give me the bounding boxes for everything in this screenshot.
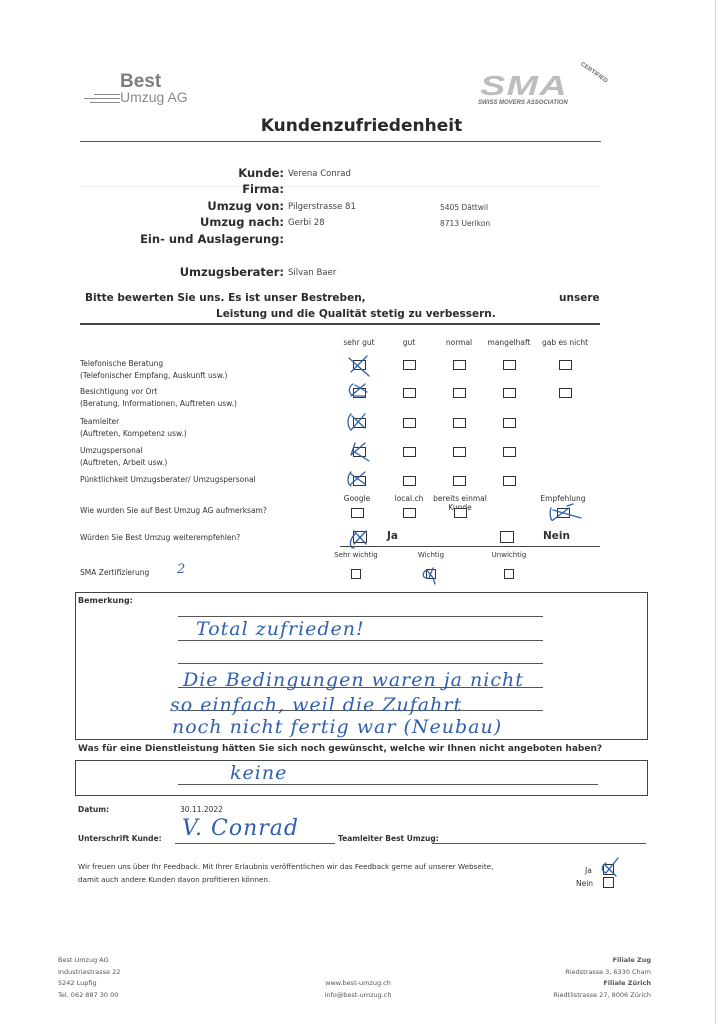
rating-row-title: Teamleiter — [80, 416, 187, 428]
rating-checkbox[interactable] — [503, 360, 516, 370]
rating-checkbox[interactable] — [403, 418, 416, 428]
remark-handwritten-4: noch nicht fertig war (Neubau) — [172, 716, 502, 738]
recommend-question: Würden Sie Best Umzug weiterempfehlen? — [80, 532, 240, 544]
intro-line1-right: unsere — [559, 292, 600, 304]
rating-row-label: Besichtigung vor Ort(Beratung, Informati… — [80, 386, 237, 410]
intro-line1: Bitte bewerten Sie uns. Es ist unser Bes… — [85, 292, 366, 304]
sma-option-label: Unwichtig — [474, 551, 544, 559]
rating-checkbox[interactable] — [503, 388, 516, 398]
rating-checkbox[interactable] — [353, 360, 366, 370]
sma-certified-badge: CERTIFIED — [579, 61, 608, 84]
sma-checkbox[interactable] — [426, 569, 436, 579]
remarks-line — [178, 663, 543, 664]
datum-value[interactable]: 30.11.2022 — [180, 805, 223, 814]
page-title: Kundenzufriedenheit — [0, 116, 723, 136]
footer-zug-address: Riedstrasse 3, 6330 Cham — [500, 967, 651, 979]
rating-checkbox[interactable] — [353, 418, 366, 428]
teamleiter-line — [432, 843, 646, 844]
sma-checkbox[interactable] — [504, 569, 514, 579]
sma-option-label: Wichtig — [396, 551, 466, 559]
signature-line — [175, 843, 335, 844]
rating-checkbox[interactable] — [353, 447, 366, 457]
publish-text-1: Wir freuen uns über Ihr Feedback. Mit Ih… — [78, 862, 493, 871]
remarks-line — [178, 640, 543, 641]
source-option-label: Empfehlung — [528, 494, 598, 503]
umzug-nach-street[interactable]: Gerbi 28 — [288, 218, 325, 228]
kunde-label: Kunde: — [74, 166, 284, 180]
rating-checkbox[interactable] — [559, 388, 572, 398]
remarks-line — [178, 616, 543, 617]
rating-checkbox[interactable] — [453, 360, 466, 370]
sma-logo: SMA SWISS MOVERS ASSOCIATION CERTIFIED — [476, 70, 616, 110]
rating-checkbox[interactable] — [403, 360, 416, 370]
footer-company-name: Best Umzug AG — [58, 955, 120, 967]
rating-checkbox[interactable] — [403, 447, 416, 457]
rating-checkbox[interactable] — [453, 447, 466, 457]
datum-label: Datum: — [78, 805, 109, 814]
sma-checkbox[interactable] — [351, 569, 361, 579]
publish-no-checkbox[interactable] — [603, 877, 614, 888]
sma-label: SMA Zertifizierung — [80, 567, 149, 579]
footer-contact: www.best-umzug.ch info@best-umzug.ch — [318, 978, 398, 1001]
rating-checkbox[interactable] — [353, 476, 366, 486]
wish-handwritten-answer: keine — [230, 762, 287, 784]
recommend-no-checkbox[interactable] — [500, 531, 514, 543]
title-divider — [80, 141, 601, 142]
rating-column-header: gab es nicht — [530, 338, 600, 347]
rating-row-title: Telefonische Beratung — [80, 358, 227, 370]
wish-question: Was für eine Dienstleistung hätten Sie s… — [78, 744, 602, 754]
sma-mark: SMA — [480, 72, 568, 100]
umzug-von-city[interactable]: 5405 Dättwil — [440, 203, 488, 212]
signature-label: Unterschrift Kunde: — [78, 834, 162, 843]
footer-zug-title: Filiale Zug — [500, 955, 651, 967]
recommend-no-label: Nein — [543, 530, 570, 542]
firma-label: Firma: — [74, 182, 284, 196]
footer-company: Best Umzug AG Industriestrasse 22 5242 L… — [58, 955, 120, 1001]
rating-checkbox[interactable] — [503, 418, 516, 428]
umzugsberater-value[interactable]: Silvan Baer — [288, 268, 336, 278]
rating-checkbox[interactable] — [403, 476, 416, 486]
sma-option-label: Sehr wichtig — [321, 551, 391, 559]
best-umzug-logo: Best Umzug AG — [80, 72, 200, 112]
page-edge — [715, 0, 716, 1024]
wish-line — [178, 784, 598, 785]
umzug-nach-city[interactable]: 8713 Uerikon — [440, 219, 490, 228]
publish-no-label: Nein — [576, 879, 593, 888]
intro-divider — [80, 323, 600, 325]
logo-line2: Umzug AG — [120, 90, 188, 104]
umzugsberater-label: Umzugsberater: — [74, 265, 284, 279]
recommend-yes-label: Ja — [387, 530, 398, 542]
footer-street: Industriestrasse 22 — [58, 967, 120, 979]
rating-row-subtitle: (Auftreten, Arbeit usw.) — [80, 457, 167, 469]
umzug-von-label: Umzug von: — [74, 199, 284, 213]
rating-row-subtitle: (Beratung, Informationen, Auftreten usw.… — [80, 398, 237, 410]
rating-row-label: Umzugspersonal(Auftreten, Arbeit usw.) — [80, 445, 167, 469]
umzug-nach-label: Umzug nach: — [74, 215, 284, 229]
remarks-label: Bemerkung: — [78, 596, 133, 605]
rating-checkbox[interactable] — [503, 447, 516, 457]
remark-handwritten-1: Total zufrieden! — [196, 618, 365, 640]
footer-zurich-address: Riedtlistrasse 27, 8006 Zürich — [500, 990, 651, 1002]
rating-row-subtitle: (Telefonischer Empfang, Auskunft usw.) — [80, 370, 227, 382]
publish-yes-label: Ja — [585, 866, 592, 875]
footer-website[interactable]: www.best-umzug.ch — [318, 978, 398, 990]
publish-yes-checkbox[interactable] — [603, 864, 614, 875]
source-checkbox[interactable] — [454, 508, 467, 518]
rating-row-label: Teamleiter(Auftreten, Kompetenz usw.) — [80, 416, 187, 440]
teamleiter-label: Teamleiter Best Umzug: — [338, 834, 439, 843]
rating-row-title: Umzugspersonal — [80, 445, 167, 457]
rating-checkbox[interactable] — [353, 388, 366, 398]
sma-handwritten-note: 2 — [177, 562, 185, 577]
source-checkbox[interactable] — [403, 508, 416, 518]
source-checkbox[interactable] — [351, 508, 364, 518]
sma-subtitle: SWISS MOVERS ASSOCIATION — [478, 100, 568, 106]
footer-email[interactable]: info@best-umzug.ch — [318, 990, 398, 1002]
source-question: Wie wurden Sie auf Best Umzug AG aufmerk… — [80, 505, 267, 517]
publish-text-2: damit auch andere Kunden davon profitier… — [78, 875, 270, 884]
rating-checkbox[interactable] — [453, 418, 466, 428]
remark-handwritten-2: Die Bedingungen waren ja nicht — [183, 669, 524, 691]
rating-checkbox[interactable] — [403, 388, 416, 398]
remark-handwritten-3: so einfach, weil die Zufahrt — [170, 694, 462, 716]
rating-row-label: Telefonische Beratung(Telefonischer Empf… — [80, 358, 227, 382]
recommend-yes-checkbox[interactable] — [353, 531, 367, 543]
source-checkbox[interactable] — [557, 508, 570, 518]
intro-line2: Leistung und die Qualität stetig zu verb… — [216, 308, 496, 320]
recommend-divider — [340, 546, 600, 547]
customer-signature[interactable]: V. Conrad — [182, 816, 299, 841]
rating-row-label: Pünktlichkeit Umzugsberater/ Umzugsperso… — [80, 474, 256, 486]
umzug-von-street[interactable]: Pilgerstrasse 81 — [288, 202, 356, 212]
footer-city: 5242 Lupfig — [58, 978, 120, 990]
rating-checkbox[interactable] — [503, 476, 516, 486]
rating-row-title: Besichtigung vor Ort — [80, 386, 237, 398]
rating-checkbox[interactable] — [559, 360, 572, 370]
rating-row-title: Pünktlichkeit Umzugsberater/ Umzugsperso… — [80, 474, 256, 486]
wish-box[interactable] — [75, 760, 648, 796]
footer-branches: Filiale Zug Riedstrasse 3, 6330 Cham Fil… — [500, 955, 651, 1001]
rating-row-subtitle: (Auftreten, Kompetenz usw.) — [80, 428, 187, 440]
kunde-value[interactable]: Verena Conrad — [288, 169, 351, 179]
rating-checkbox[interactable] — [453, 388, 466, 398]
lagerung-label: Ein- und Auslagerung: — [74, 232, 284, 246]
footer-zurich-title: Filiale Zürich — [500, 978, 651, 990]
rating-checkbox[interactable] — [453, 476, 466, 486]
footer-phone: Tel. 062 887 30 00 — [58, 990, 120, 1002]
